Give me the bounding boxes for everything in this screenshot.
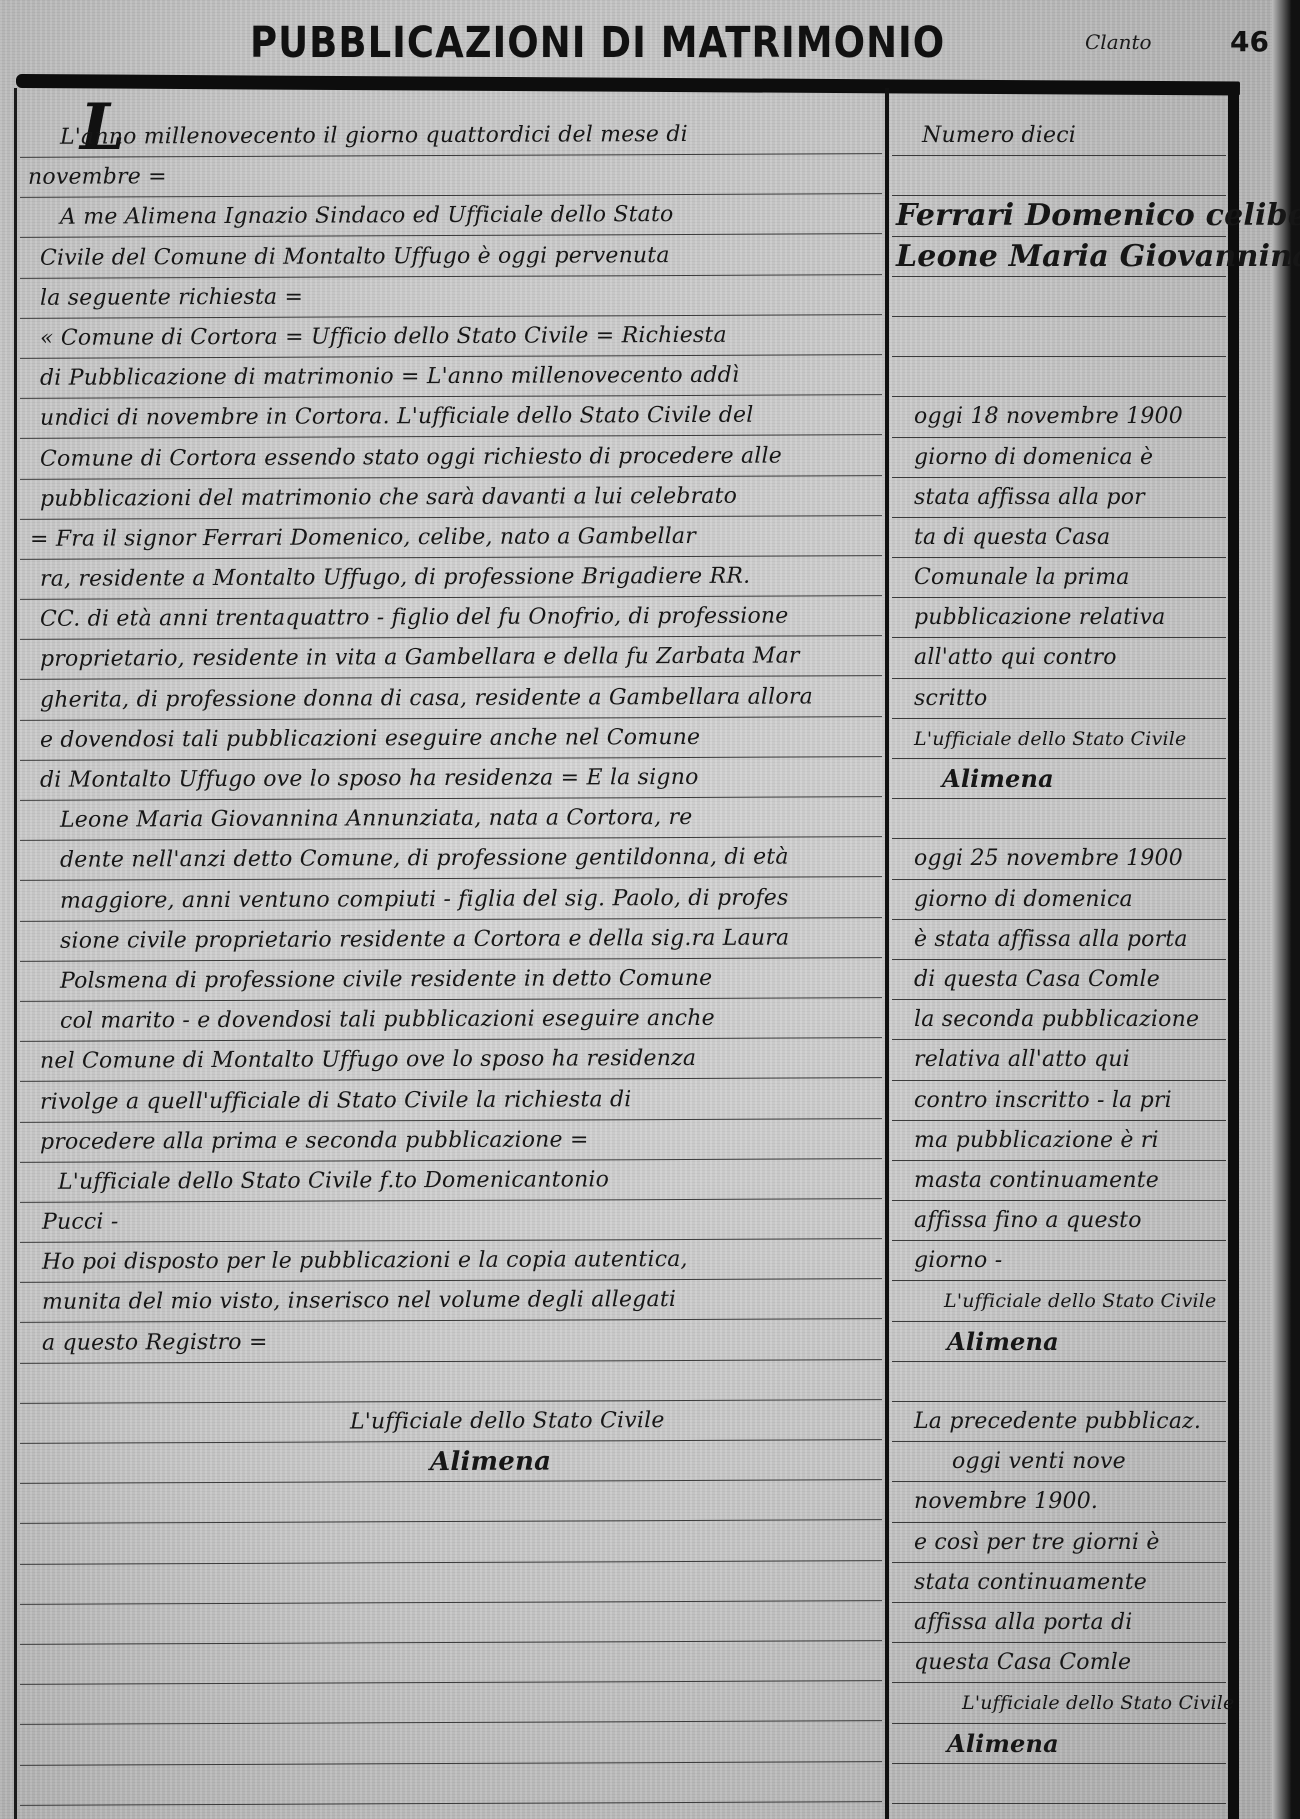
margin-line: masta continuamente — [892, 1161, 1226, 1201]
margin-line: contro inscritto - la pri — [892, 1081, 1226, 1121]
groom-name: Ferrari Domenico celibe — [892, 196, 1226, 236]
blank-ruled-line — [20, 1641, 882, 1685]
record-line: la seguente richiesta = — [20, 275, 882, 319]
record-line: rivolge a quell'ufficiale di Stato Civil… — [20, 1079, 882, 1123]
margin-line: all'atto qui contro — [892, 638, 1226, 678]
record-line: procedere alla prima e seconda pubblicaz… — [20, 1119, 882, 1163]
margin-line: stata continuamente — [892, 1563, 1226, 1603]
margin-line: scritto — [892, 679, 1226, 719]
bride-name: Leone Maria Giovannina nubile — [892, 237, 1226, 277]
record-line: nel Comune di Montalto Uffugo ove lo spo… — [20, 1038, 882, 1082]
record-line: di Pubblicazione di matrimonio = L'anno … — [20, 355, 882, 399]
blank-ruled-line — [20, 1521, 882, 1565]
margin-line: affissa fino a questo — [892, 1201, 1226, 1241]
main-record-column: L L'anno millenovecento il giorno quatto… — [20, 88, 882, 1804]
official-signature: Alimena — [892, 1724, 1226, 1764]
margin-line — [892, 317, 1226, 357]
margin-line: giorno di domenica è — [892, 438, 1226, 478]
official-signature: Alimena — [892, 759, 1226, 799]
record-line: di Montalto Uffugo ove lo sposo ha resid… — [20, 757, 882, 801]
record-line: Civile del Comune di Montalto Uffugo è o… — [20, 235, 882, 279]
margin-line: stata affissa alla por — [892, 478, 1226, 518]
margin-line: oggi 18 novembre 1900 — [892, 397, 1226, 437]
record-line: gherita, di professione donna di casa, r… — [20, 677, 882, 721]
record-line: undici di novembre in Cortora. L'ufficia… — [20, 395, 882, 439]
record-line: = Fra il signor Ferrari Domenico, celibe… — [20, 516, 882, 560]
margin-line: ta di questa Casa — [892, 518, 1226, 558]
margin-line: ma pubblicazione è ri — [892, 1121, 1226, 1161]
blank-ruled-line — [20, 1480, 882, 1524]
page-title: PUBBLICAZIONI DI MATRIMONIO — [250, 18, 1000, 67]
margin-line — [892, 277, 1226, 317]
margin-line: novembre 1900. — [892, 1482, 1226, 1522]
record-line: a questo Registro = — [20, 1320, 882, 1364]
margin-line: giorno di domenica — [892, 880, 1226, 920]
margin-line — [892, 156, 1226, 196]
signature-label: L'ufficiale dello Stato Civile — [892, 719, 1226, 759]
record-line: CC. di età anni trentaquattro - figlio d… — [20, 596, 882, 640]
margin-line: giorno - — [892, 1241, 1226, 1281]
header-handwritten-note: Clanto — [1085, 30, 1152, 54]
blank-ruled-line — [20, 1762, 882, 1806]
margin-line: questa Casa Comle — [892, 1643, 1226, 1683]
record-line: maggiore, anni ventuno compiuti - figlia… — [20, 878, 882, 922]
record-line: Comune di Cortora essendo stato oggi ric… — [20, 436, 882, 480]
margin-notes-column: Numero dieci Ferrari Domenico celibe Leo… — [892, 88, 1226, 1804]
record-line: munita del mio visto, inserisco nel volu… — [20, 1280, 882, 1324]
register-page: PUBBLICAZIONI DI MATRIMONIO Clanto 46 L … — [0, 0, 1300, 1819]
blank-ruled-line — [20, 1681, 882, 1725]
margin-line: la seconda pubblicazione — [892, 1000, 1226, 1040]
margin-line: Comunale la prima — [892, 558, 1226, 598]
blank-ruled-line — [20, 1601, 882, 1645]
record-line: sione civile proprietario residente a Co… — [20, 918, 882, 962]
signature-label: L'ufficiale dello Stato Civile — [892, 1683, 1226, 1723]
margin-line — [892, 357, 1226, 397]
record-number: Numero dieci — [892, 116, 1226, 156]
signature-label: L'ufficiale dello Stato Civile — [20, 1400, 882, 1444]
record-line: L'ufficiale dello Stato Civile f.to Dome… — [20, 1159, 882, 1203]
blank-ruled-line — [20, 1722, 882, 1766]
official-signature: Alimena — [20, 1440, 882, 1484]
record-line: Ho poi disposto per le pubblicazioni e l… — [20, 1239, 882, 1283]
blank-ruled-line — [892, 1764, 1226, 1804]
record-line: ra, residente a Montalto Uffugo, di prof… — [20, 556, 882, 600]
margin-line: oggi 25 novembre 1900 — [892, 839, 1226, 879]
margin-line: affissa alla porta di — [892, 1603, 1226, 1643]
margin-line: è stata affissa alla porta — [892, 920, 1226, 960]
record-line: novembre = — [20, 154, 882, 198]
margin-line: La precedente pubblicaz. — [892, 1402, 1226, 1442]
margin-line: di questa Casa Comle — [892, 960, 1226, 1000]
record-line: Leone Maria Giovannina Annunziata, nata … — [20, 797, 882, 841]
record-line: proprietario, residente in vita a Gambel… — [20, 637, 882, 681]
record-line: Polsmena di professione civile residente… — [20, 958, 882, 1002]
official-signature: Alimena — [892, 1322, 1226, 1362]
margin-line — [892, 799, 1226, 839]
record-line: « Comune di Cortora = Ufficio dello Stat… — [20, 315, 882, 359]
left-border-rule — [14, 88, 17, 1819]
signature-label: L'ufficiale dello Stato Civile — [892, 1281, 1226, 1321]
record-line: dente nell'anzi detto Comune, di profess… — [20, 837, 882, 881]
record-line: Pucci - — [20, 1199, 882, 1243]
page-number: 46 — [1230, 25, 1269, 58]
record-line: L'anno millenovecento il giorno quattord… — [20, 114, 882, 158]
margin-line — [892, 1362, 1226, 1402]
right-border-rule — [1228, 88, 1239, 1819]
margin-line: e così per tre giorni è — [892, 1523, 1226, 1563]
margin-line: pubblicazione relativa — [892, 598, 1226, 638]
blank-ruled-line — [20, 1561, 882, 1605]
record-line: A me Alimena Ignazio Sindaco ed Ufficial… — [20, 194, 882, 238]
margin-line: oggi venti nove — [892, 1442, 1226, 1482]
record-line: col marito - e dovendosi tali pubblicazi… — [20, 998, 882, 1042]
record-line: pubblicazioni del matrimonio che sarà da… — [20, 476, 882, 520]
margin-line: relativa all'atto qui — [892, 1040, 1226, 1080]
column-divider — [885, 88, 889, 1819]
record-line: e dovendosi tali pubblicazioni eseguire … — [20, 717, 882, 761]
